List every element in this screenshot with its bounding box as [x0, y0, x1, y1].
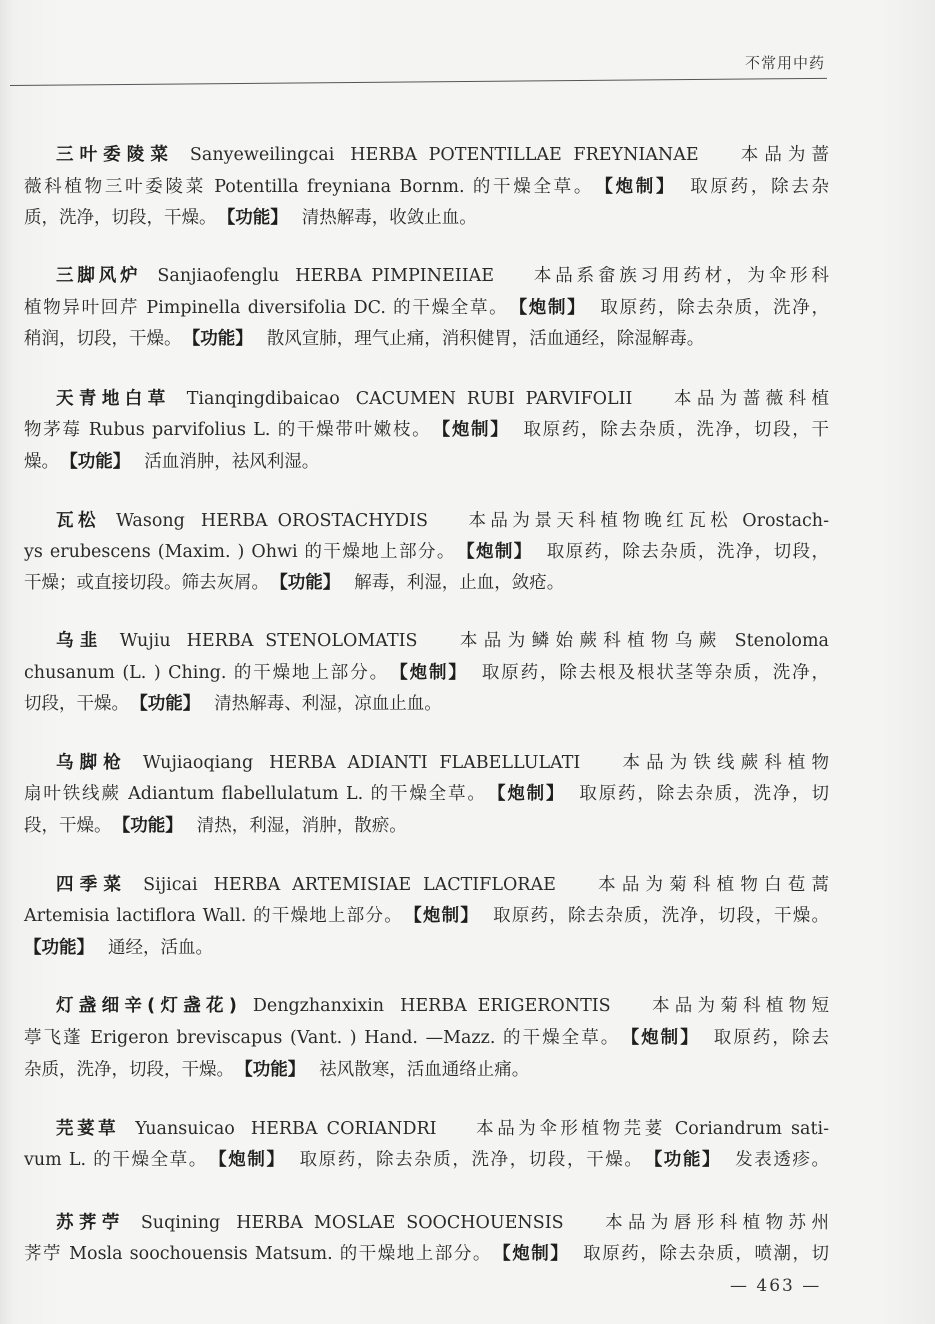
entry-text: 取原药，除去杂质，洗净，切段，干燥。: [300, 1150, 644, 1170]
entry-text: 取原药，除去: [714, 1028, 829, 1048]
entry-line: 荠苧 Mosla soochouensis Matsum. 的干燥地上部分。【炮…: [24, 1239, 829, 1269]
entry-text: 本品为唇形科植物苏州: [600, 1213, 829, 1233]
entry-text: 切段，干燥。: [24, 694, 129, 714]
entry-text: 荠苧 Mosla soochouensis Matsum. 的干燥地上部分。: [24, 1244, 492, 1264]
entry-line: 芫荽草YuansuicaoHERBA CORIANDRI本品为伞形植物芫荽 Co…: [56, 1114, 829, 1144]
entry-text: 本品为蔷: [735, 145, 829, 165]
processing-label: 【炮制】: [497, 784, 566, 804]
entry-line: 乌韭WujiuHERBA STENOLOMATIS本品为鳞始蕨科植物乌蕨 Ste…: [56, 626, 829, 656]
entry-text: 本品为伞形植物芫荽 Coriandrum sati-: [473, 1119, 829, 1139]
entry-text: 取原药，除去杂质，洗净，切段，干: [523, 420, 829, 440]
entry-latin-name: HERBA ADIANTI FLABELLULATI: [269, 753, 580, 773]
entry-text: 扇叶铁线蕨 Adiantum flabellulatum L. 的干燥全草。: [24, 784, 487, 804]
entry-text: 本品为铁线蕨科植物: [616, 753, 829, 773]
entry-line: 干燥；或直接切段。筛去灰屑。【功能】解毒，利湿，止血，敛疮。: [24, 568, 829, 598]
processing-label: 【炮制】: [466, 542, 533, 562]
entry-pinyin: Dengzhanxixin: [253, 996, 384, 1016]
entry-line: 杂质，洗净，切段，干燥。【功能】祛风散寒，活血通络止痛。: [24, 1055, 829, 1085]
entry-line: 段，干燥。【功能】清热，利湿，消肿，散瘀。: [24, 811, 829, 841]
entry-latin-name: HERBA STENOLOMATIS: [187, 631, 418, 651]
entry-latin-name: CACUMEN RUBI PARVIFOLII: [356, 389, 633, 409]
function-label: 【功能】: [653, 1150, 721, 1170]
entry-text: 植物异叶回芹 Pimpinella diversifolia DC. 的干燥全草…: [24, 298, 508, 318]
entry-line: 四季菜SijicaiHERBA ARTEMISIAE LACTIFLORAE本品…: [56, 870, 829, 900]
entry-pinyin: Sanjiaofenglu: [157, 266, 279, 286]
entry-line: 三脚风炉SanjiaofengluHERBA PIMPINEIIAE本品系畲族习…: [56, 261, 829, 291]
header-rule: [10, 78, 827, 86]
entry-text: 段，干燥。: [24, 816, 112, 836]
entry-text: Artemisia lactiflora Wall. 的干燥地上部分。: [24, 906, 403, 926]
entry-text: 薇科植物三叶委陵菜 Potentilla freyniana Bornm. 的干…: [24, 177, 594, 197]
entry-pinyin: Wujiu: [120, 631, 171, 651]
function-label: 【功能】: [122, 816, 183, 836]
processing-label: 【炮制】: [413, 906, 479, 926]
entry-latin-name: HERBA POTENTILLAE FREYNIANAE: [350, 145, 698, 165]
entry-line: Artemisia lactiflora Wall. 的干燥地上部分。【炮制】取…: [24, 901, 829, 931]
entry-text: 取原药，除去杂: [690, 177, 829, 197]
entry-text: 通经，活血。: [108, 938, 213, 958]
entry-text: 取原药，除去杂质，洗净，切段，干燥。: [493, 906, 829, 926]
function-label: 【功能】: [279, 573, 340, 593]
entry-latin-name: HERBA ERIGERONTIS: [400, 996, 611, 1016]
entry-line: 苏荠苧SuqiningHERBA MOSLAE SOOCHOUENSIS本品为唇…: [56, 1208, 829, 1238]
processing-label: 【炮制】: [399, 663, 468, 683]
entry-latin-name: HERBA OROSTACHYDIS: [201, 511, 428, 531]
entry-latin-name: HERBA PIMPINEIIAE: [295, 266, 494, 286]
entry-line: 扇叶铁线蕨 Adiantum flabellulatum L. 的干燥全草。【炮…: [24, 779, 829, 809]
entry-text: 本品为蔷薇科植: [668, 389, 829, 409]
entry-text: 发表透疹。: [735, 1150, 829, 1170]
entry-headword: 天青地白草: [56, 389, 171, 409]
entry-line: vum L. 的干燥全草。【炮制】取原药，除去杂质，洗净，切段，干燥。【功能】发…: [24, 1145, 829, 1175]
entry-line: 质，洗净，切段，干燥。【功能】清热解毒，收敛止血。: [24, 203, 829, 233]
function-label: 【功能】: [227, 208, 288, 228]
entry-text: 取原药，除去杂质，洗净，: [600, 298, 829, 318]
entry-text: 物茅莓 Rubus parvifolius L. 的干燥带叶嫩枝。: [24, 420, 431, 440]
entry-text: vum L. 的干燥全草。: [24, 1150, 208, 1170]
entry-text: 取原药，除去杂质，喷潮，切: [583, 1244, 829, 1264]
entry-latin-name: HERBA CORIANDRI: [251, 1119, 437, 1139]
entry-text: ys erubescens (Maxim. ) Ohwi 的干燥地上部分。: [24, 542, 456, 562]
processing-label: 【炮制】: [630, 1028, 699, 1048]
function-label: 【功能】: [24, 938, 94, 958]
entry-text: 葶飞蓬 Erigeron breviscapus (Vant. ) Hand. …: [24, 1028, 620, 1048]
entry-line: ys erubescens (Maxim. ) Ohwi 的干燥地上部分。【炮制…: [24, 537, 829, 567]
entry-text: 燥。: [24, 452, 59, 472]
entry-text: 杂质，洗净，切段，干燥。: [24, 1060, 234, 1080]
entry-text: 干燥；或直接切段。筛去灰屑。: [24, 573, 269, 593]
entry-line: 天青地白草TianqingdibaicaoCACUMEN RUBI PARVIF…: [56, 384, 829, 414]
entry-headword: 三脚风炉: [56, 266, 141, 286]
entry-text: 散风宣肺，理气止痛，消积健胃，活血通经，除湿解毒。: [267, 329, 705, 349]
book-page: 不常用中药 三叶委陵菜SanyeweilingcaiHERBA POTENTIL…: [0, 0, 935, 1324]
entry-text: 本品为景天科植物晚红瓦松 Orostach-: [464, 511, 829, 531]
entry-line: 乌脚枪WujiaoqiangHERBA ADIANTI FLABELLULATI…: [56, 748, 829, 778]
entry-headword: 苏荠苧: [56, 1213, 125, 1233]
entry-text: 本品系畲族习用药材，为伞形科: [530, 266, 829, 286]
entry-latin-name: HERBA ARTEMISIAE LACTIFLORAE: [214, 875, 556, 895]
entry-latin-name: HERBA MOSLAE SOOCHOUENSIS: [236, 1213, 563, 1233]
entry-text: 清热，利湿，消肿，散瘀。: [197, 816, 407, 836]
processing-label: 【炮制】: [218, 1150, 286, 1170]
entry-text: 质，洗净，切段，干燥。: [24, 208, 217, 228]
entry-pinyin: Sanyeweilingcai: [190, 145, 334, 165]
entry-line: 稍润，切段，干燥。【功能】散风宣肺，理气止痛，消积健胃，活血通经，除湿解毒。: [24, 324, 829, 354]
entry-text: 本品为菊科植物白苞蒿: [592, 875, 829, 895]
entry-headword: 灯盏细辛(灯盏花): [56, 996, 237, 1016]
entry-headword: 乌韭: [56, 631, 104, 651]
entry-text: 本品为鳞始蕨科植物乌蕨 Stenoloma: [454, 631, 829, 651]
entry-headword: 芫荽草: [56, 1119, 119, 1139]
entry-pinyin: Sijicai: [143, 875, 197, 895]
entry-pinyin: Suqining: [141, 1213, 220, 1233]
page-number: — 463 —: [730, 1276, 821, 1296]
entry-line: 燥。【功能】活血消肿，祛风利湿。: [24, 447, 829, 477]
function-label: 【功能】: [244, 1060, 305, 1080]
entry-line: 灯盏细辛(灯盏花)DengzhanxixinHERBA ERIGERONTIS本…: [56, 991, 829, 1021]
entry-text: 取原药，除去杂质，洗净，切: [579, 784, 829, 804]
entry-line: 切段，干燥。【功能】清热解毒、利湿，凉血止血。: [24, 689, 829, 719]
entry-pinyin: Wujiaoqiang: [143, 753, 253, 773]
processing-label: 【炮制】: [441, 420, 509, 440]
entry-pinyin: Tianqingdibaicao: [187, 389, 340, 409]
entry-line: 物茅莓 Rubus parvifolius L. 的干燥带叶嫩枝。【炮制】取原药…: [24, 415, 829, 445]
entry-line: 葶飞蓬 Erigeron breviscapus (Vant. ) Hand. …: [24, 1023, 829, 1053]
processing-label: 【炮制】: [518, 298, 586, 318]
entry-line: 【功能】通经，活血。: [24, 933, 829, 963]
entry-line: 薇科植物三叶委陵菜 Potentilla freyniana Bornm. 的干…: [24, 172, 829, 202]
entry-text: 祛风散寒，活血通络止痛。: [319, 1060, 529, 1080]
entry-line: 三叶委陵菜SanyeweilingcaiHERBA POTENTILLAE FR…: [56, 140, 829, 170]
running-head: 不常用中药: [745, 52, 825, 73]
entry-text: chusanum (L. ) Ching. 的干燥地上部分。: [24, 663, 389, 683]
entry-text: 稍润，切段，干燥。: [24, 329, 182, 349]
entry-text: 清热解毒、利湿，凉血止血。: [214, 694, 442, 714]
entry-pinyin: Wasong: [116, 511, 185, 531]
entry-headword: 瓦松: [56, 511, 100, 531]
entry-text: 取原药，除去根及根状茎等杂质，洗净，: [482, 663, 829, 683]
entry-text: 活血消肿，祛风利湿。: [144, 452, 319, 472]
processing-label: 【炮制】: [502, 1244, 569, 1264]
entry-text: 解毒，利湿，止血，敛疮。: [354, 573, 564, 593]
entry-line: 瓦松WasongHERBA OROSTACHYDIS本品为景天科植物晚红瓦松 O…: [56, 506, 829, 536]
function-label: 【功能】: [69, 452, 130, 472]
entry-pinyin: Yuansuicao: [135, 1119, 235, 1139]
entry-line: 植物异叶回芹 Pimpinella diversifolia DC. 的干燥全草…: [24, 293, 829, 323]
entry-text: 取原药，除去杂质，洗净，切段，: [547, 542, 829, 562]
entry-headword: 三叶委陵菜: [56, 145, 174, 165]
entry-text: 本品为菊科植物短: [647, 996, 829, 1016]
processing-label: 【炮制】: [604, 177, 676, 197]
entry-text: 清热解毒，收敛止血。: [302, 208, 477, 228]
function-label: 【功能】: [192, 329, 253, 349]
entry-headword: 四季菜: [56, 875, 127, 895]
entry-line: chusanum (L. ) Ching. 的干燥地上部分。【炮制】取原药，除去…: [24, 658, 829, 688]
entry-headword: 乌脚枪: [56, 753, 127, 773]
function-label: 【功能】: [139, 694, 200, 714]
